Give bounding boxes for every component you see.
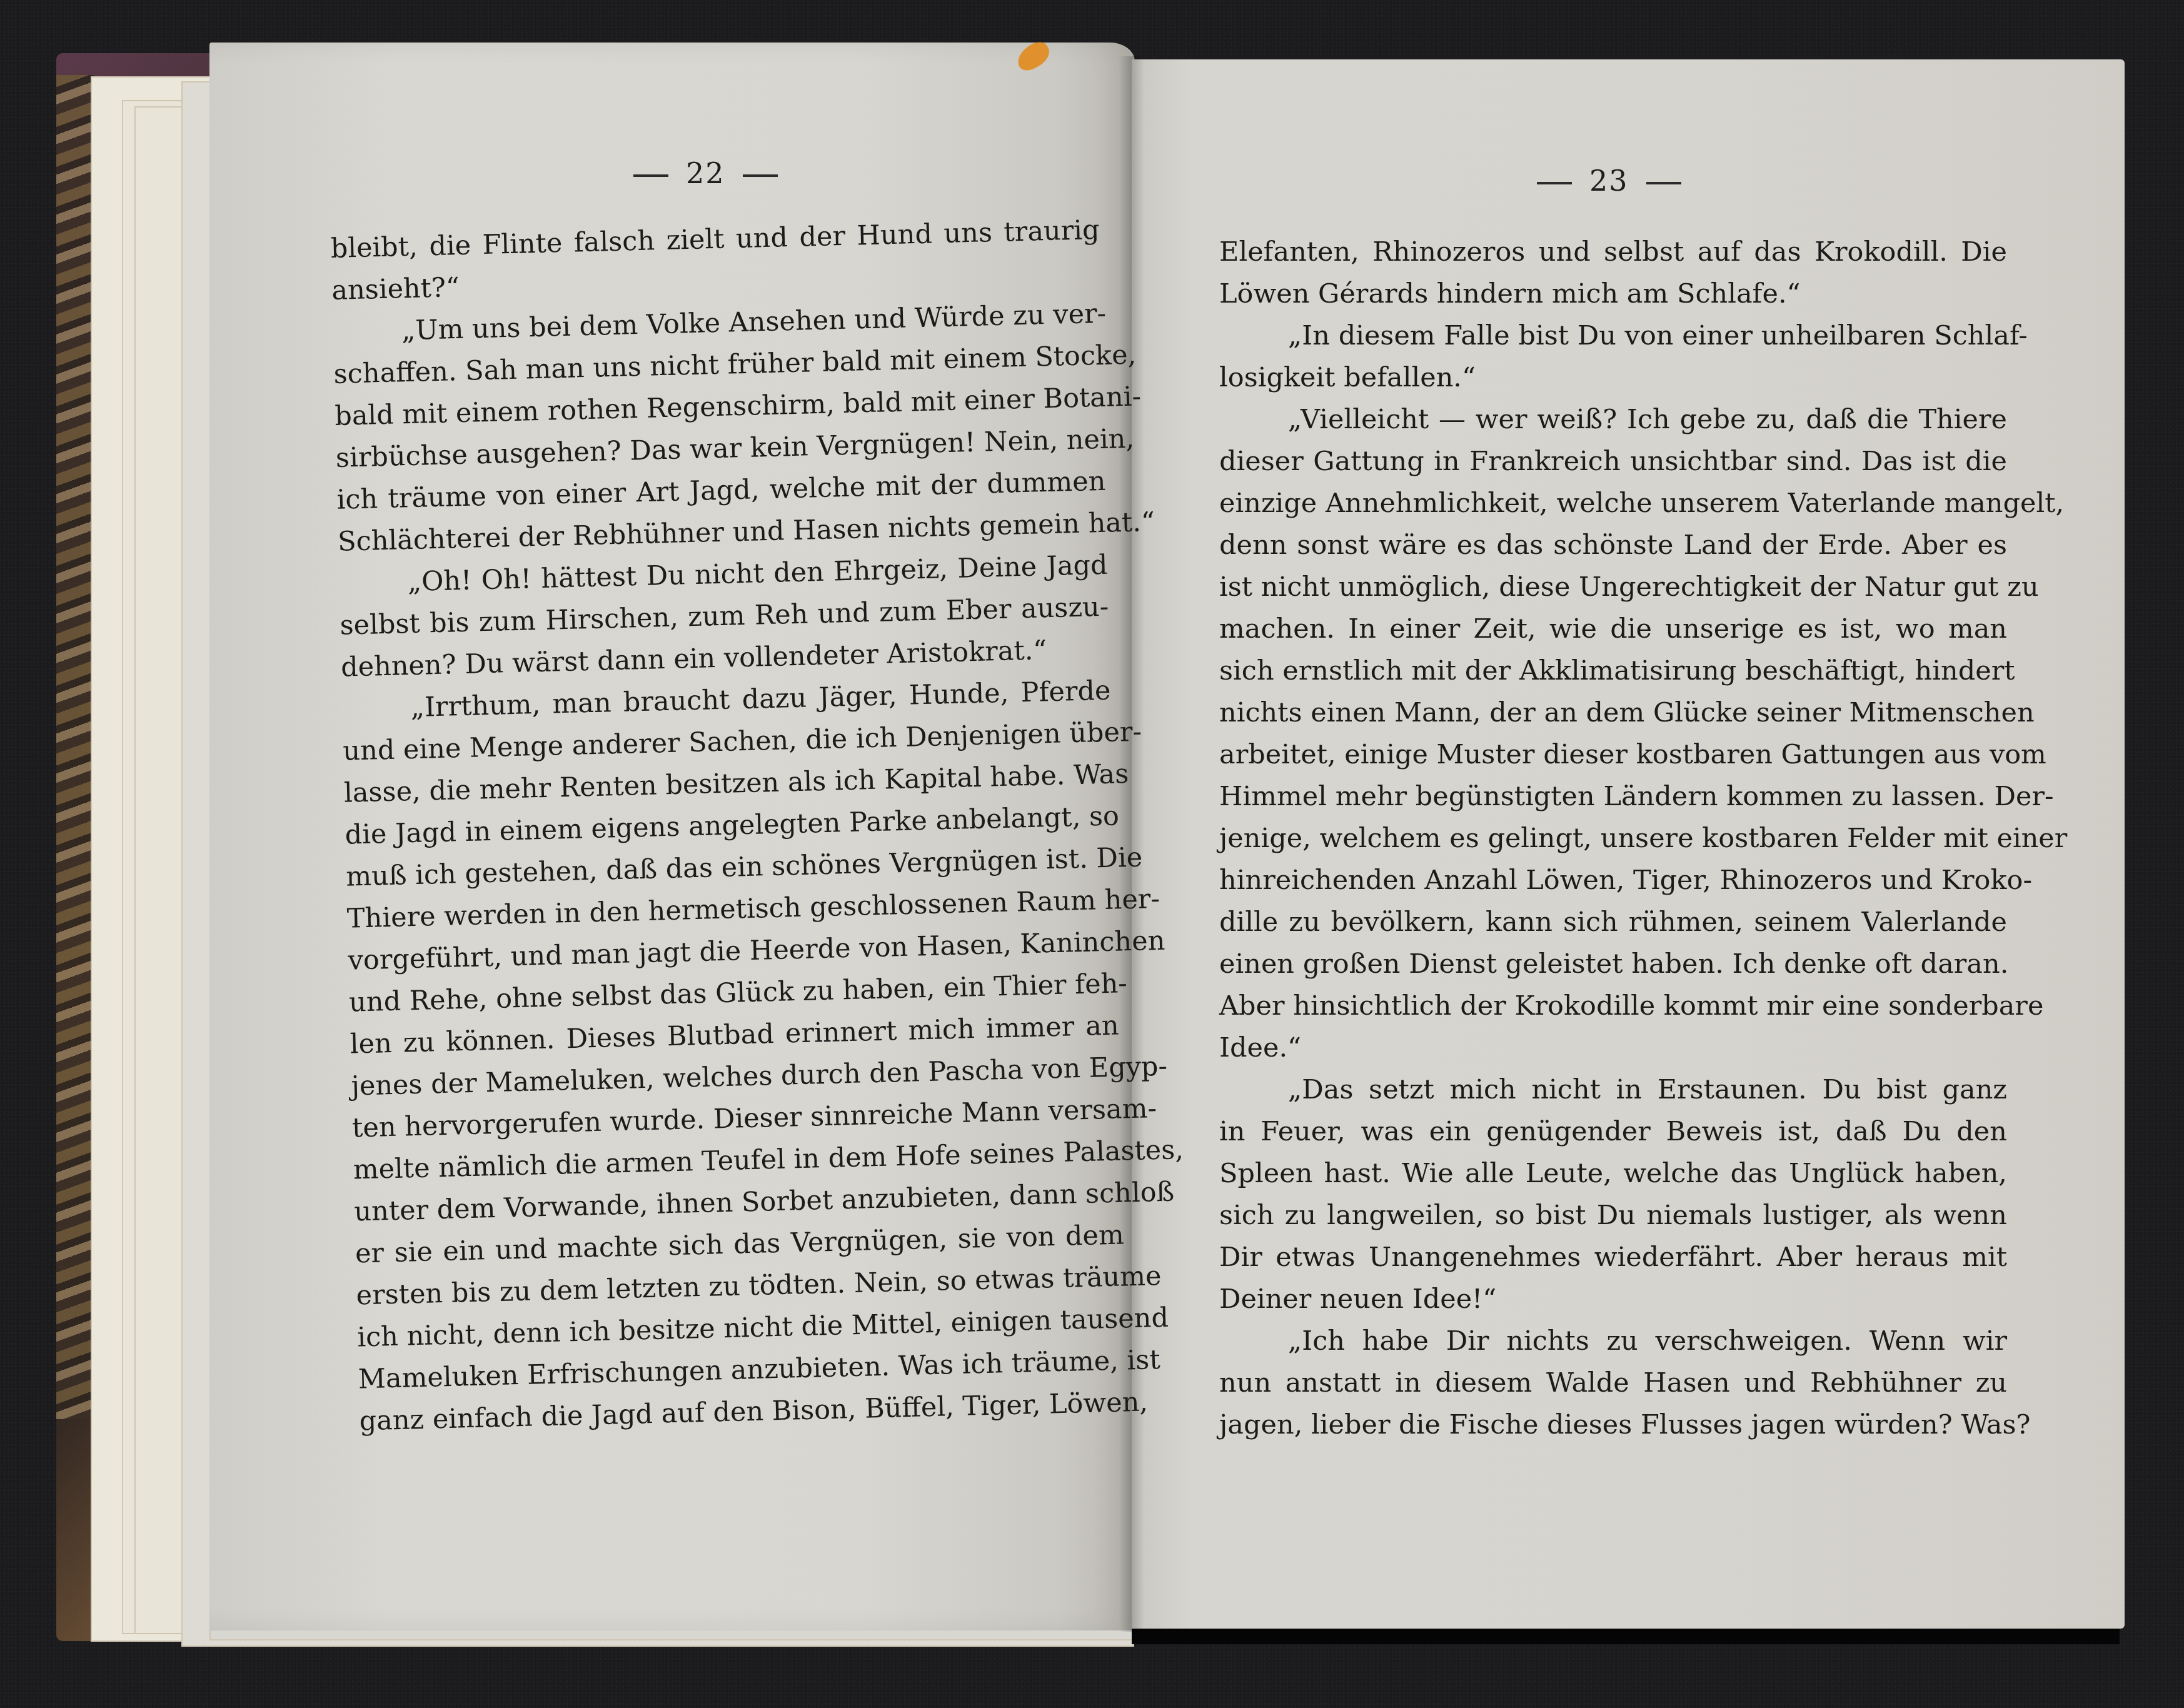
text-line: sich zu langweilen, so bist Du niemals l… [1219, 1195, 2007, 1237]
right-page-text: Elefanten, Rhinozeros und selbst auf das… [1219, 231, 2007, 1446]
page-number-right: 23 [1519, 164, 1699, 198]
text-line: „In diesem Falle bist Du von einer unhei… [1219, 315, 2007, 357]
dash-decoration [1646, 182, 1681, 184]
text-line: einzige Annehmlichkeit, welche unserem V… [1219, 483, 2007, 525]
text-line: nun anstatt in diesem Walde Hasen und Re… [1219, 1362, 2007, 1404]
page-number-right-value: 23 [1589, 164, 1629, 198]
text-line: hinreichenden Anzahl Löwen, Tiger, Rhino… [1219, 860, 2007, 902]
text-line: sich ernstlich mit der Akklimatisirung b… [1219, 650, 2007, 692]
dash-decoration [1537, 182, 1572, 184]
text-line: Deiner neuen Idee!“ [1219, 1278, 2007, 1320]
text-line: Aber hinsichtlich der Krokodille kommt m… [1219, 985, 2007, 1027]
text-line: dieser Gattung in Frankreich unsichtbar … [1219, 441, 2007, 483]
text-line: Spleen hast. Wie alle Leute, welche das … [1219, 1153, 2007, 1195]
page-number-left: 22 [616, 156, 795, 190]
text-line: Dir etwas Unangenehmes wiederfährt. Aber… [1219, 1237, 2007, 1278]
text-line: denn sonst wäre es das schönste Land der… [1219, 525, 2007, 566]
text-line: nichts einen Mann, der an dem Glücke sei… [1219, 692, 2007, 734]
page-number-left-value: 22 [686, 156, 725, 190]
cover-marbled-edge [56, 75, 94, 1419]
text-line: Elefanten, Rhinozeros und selbst auf das… [1219, 231, 2007, 273]
left-page-text: bleibt, die Flinte falsch zielt und der … [330, 209, 1129, 1442]
text-line: in Feuer, was ein genügender Beweis ist,… [1219, 1111, 2007, 1153]
text-line: „Ich habe Dir nichts zu verschweigen. We… [1219, 1320, 2007, 1362]
text-line: machen. In einer Zeit, wie die unserige … [1219, 608, 2007, 650]
text-line: Löwen Gérards hindern mich am Schlafe.“ [1219, 273, 2007, 315]
text-line: jenige, welchem es gelingt, unsere kostb… [1219, 818, 2007, 860]
text-line: arbeitet, einige Muster dieser kostbaren… [1219, 734, 2007, 776]
text-line: dille zu bevölkern, kann sich rühmen, se… [1219, 902, 2007, 943]
text-line: „Vielleicht — wer weiß? Ich gebe zu, daß… [1219, 399, 2007, 441]
text-line: jagen, lieber die Fische dieses Flusses … [1219, 1404, 2007, 1446]
text-line: Himmel mehr begünstigten Ländern kommen … [1219, 776, 2007, 818]
text-line: einen großen Dienst geleistet haben. Ich… [1219, 943, 2007, 985]
text-line: ist nicht unmöglich, diese Ungerechtigke… [1219, 566, 2007, 608]
text-line: Idee.“ [1219, 1027, 2007, 1069]
dash-decoration [633, 174, 668, 177]
text-line: losigkeit befallen.“ [1219, 357, 2007, 399]
dash-decoration [743, 174, 778, 177]
text-line: „Das setzt mich nicht in Erstaunen. Du b… [1219, 1069, 2007, 1111]
